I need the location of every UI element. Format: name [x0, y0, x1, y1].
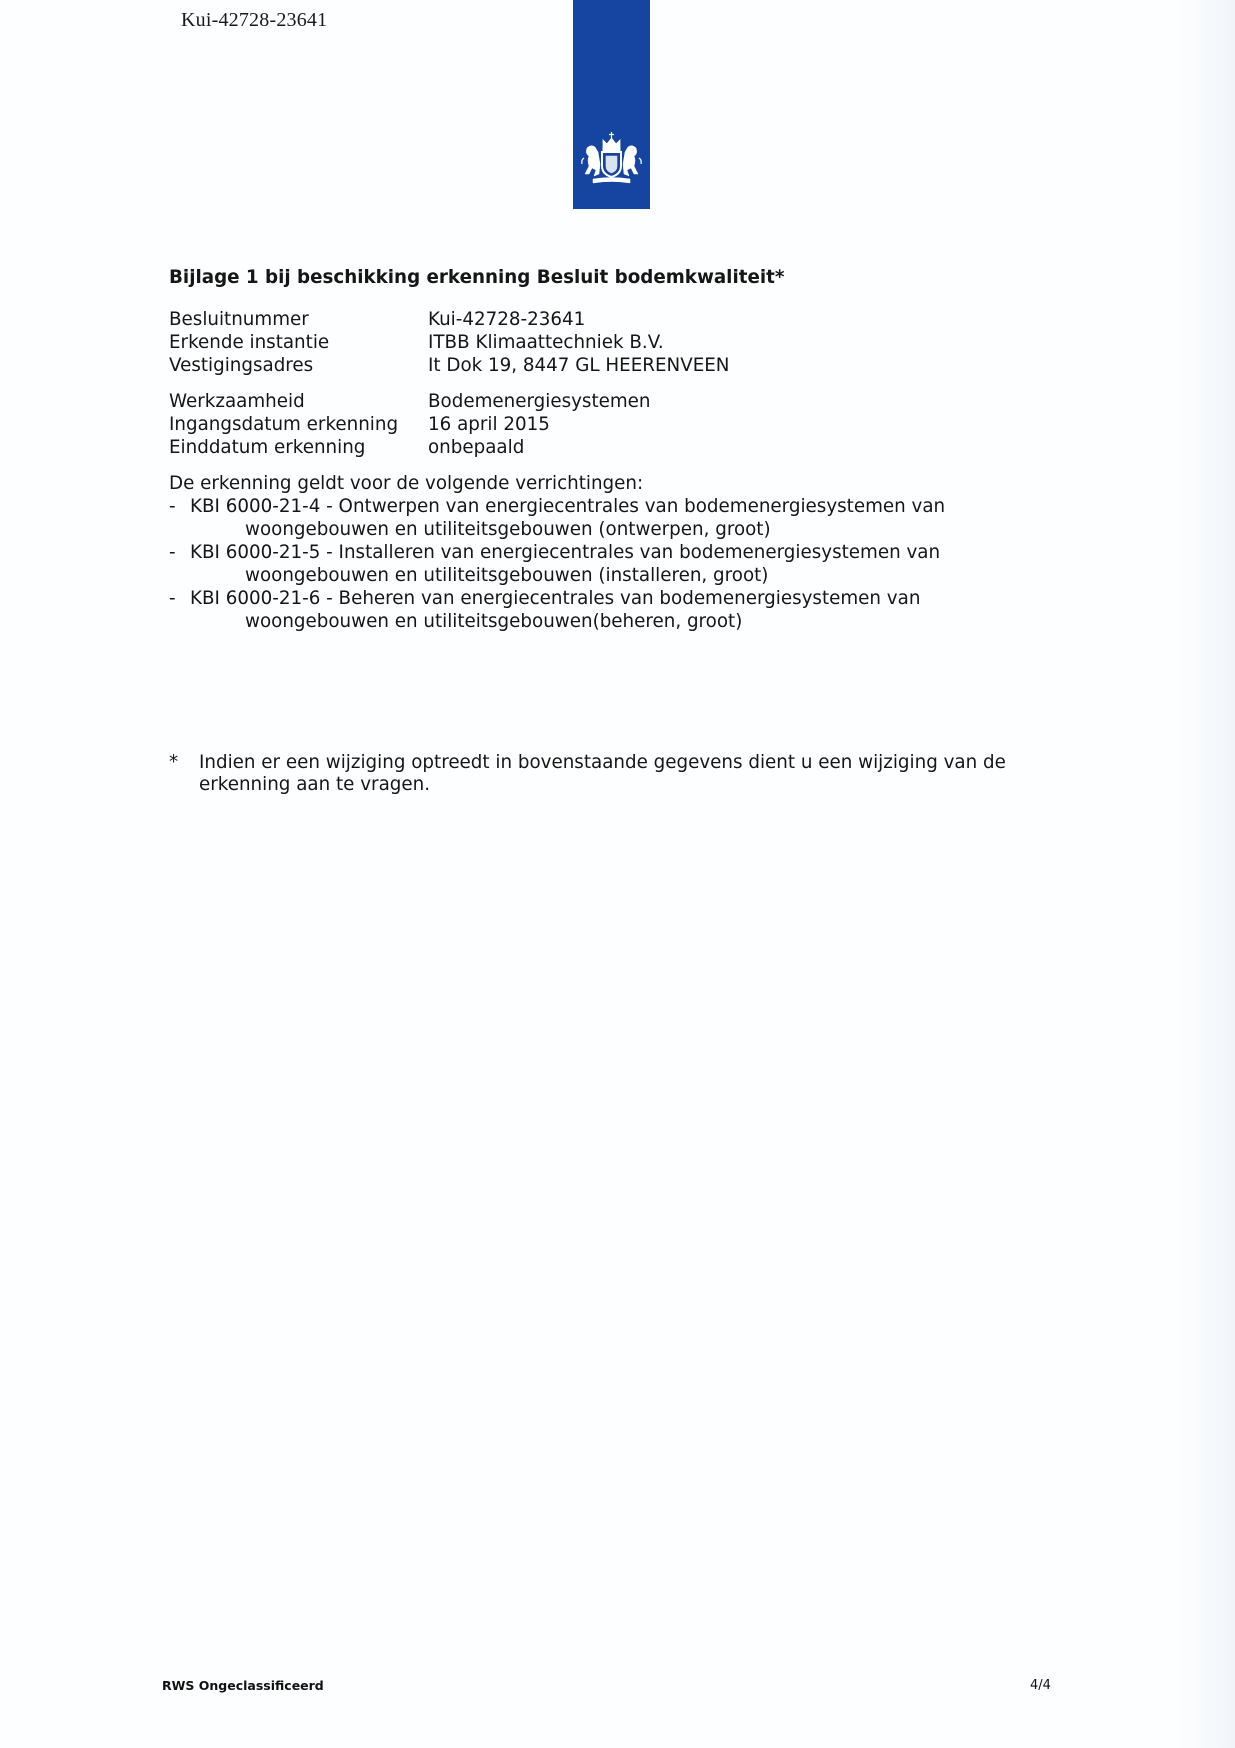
activities-list: - KBI 6000-21-4 - Ontwerpen van energiec…	[169, 495, 1069, 633]
detail-value: onbepaald	[428, 436, 1069, 459]
dash-bullet: -	[169, 495, 176, 518]
rijksoverheid-logo-band	[573, 0, 650, 209]
detail-label: Erkende instantie	[169, 331, 428, 354]
activity-line-1: KBI 6000-21-5 - Installeren van energiec…	[190, 542, 940, 563]
detail-label: Werkzaamheid	[169, 390, 428, 413]
activity-line-2: woongebouwen en utiliteitsgebouwen(beher…	[190, 610, 1069, 633]
list-item: - KBI 6000-21-6 - Beheren van energiecen…	[169, 587, 1069, 633]
page-number: 4/4	[1030, 1678, 1051, 1693]
dash-bullet: -	[169, 587, 176, 610]
footnote-marker: *	[169, 752, 178, 774]
detail-label: Besluitnummer	[169, 308, 428, 331]
activity-line-1: KBI 6000-21-4 - Ontwerpen van energiecen…	[190, 496, 945, 517]
classification-label: RWS Ongeclassificeerd	[162, 1678, 324, 1693]
details-group-1: Besluitnummer Kui-42728-23641 Erkende in…	[169, 308, 1069, 377]
activity-line-1: KBI 6000-21-6 - Beheren van energiecentr…	[190, 588, 920, 609]
footnote: * Indien er een wijziging optreedt in bo…	[169, 752, 1069, 796]
activities-intro: De erkenning geldt voor de volgende verr…	[169, 472, 1069, 495]
scan-edge-shadow	[1175, 0, 1235, 1748]
detail-value: Kui-42728-23641	[428, 308, 1069, 331]
detail-label: Vestigingsadres	[169, 354, 428, 377]
detail-value: 16 april 2015	[428, 413, 1069, 436]
detail-label: Einddatum erkenning	[169, 436, 428, 459]
document-reference: Kui-42728-23641	[181, 9, 327, 32]
coat-of-arms-icon	[579, 130, 644, 190]
footnote-text: Indien er een wijziging optreedt in bove…	[169, 752, 1069, 796]
page-title: Bijlage 1 bij beschikking erkenning Besl…	[169, 266, 1069, 289]
activity-line-2: woongebouwen en utiliteitsgebouwen (ontw…	[190, 518, 1069, 541]
dash-bullet: -	[169, 541, 176, 564]
document-body: Bijlage 1 bij beschikking erkenning Besl…	[169, 266, 1069, 633]
list-item: - KBI 6000-21-4 - Ontwerpen van energiec…	[169, 495, 1069, 541]
detail-value: ITBB Klimaattechniek B.V.	[428, 331, 1069, 354]
activity-line-2: woongebouwen en utiliteitsgebouwen (inst…	[190, 564, 1069, 587]
detail-value: Bodemenergiesystemen	[428, 390, 1069, 413]
details-group-2: Werkzaamheid Bodemenergiesystemen Ingang…	[169, 390, 1069, 459]
detail-value: It Dok 19, 8447 GL HEERENVEEN	[428, 354, 1069, 377]
list-item: - KBI 6000-21-5 - Installeren van energi…	[169, 541, 1069, 587]
detail-label: Ingangsdatum erkenning	[169, 413, 428, 436]
